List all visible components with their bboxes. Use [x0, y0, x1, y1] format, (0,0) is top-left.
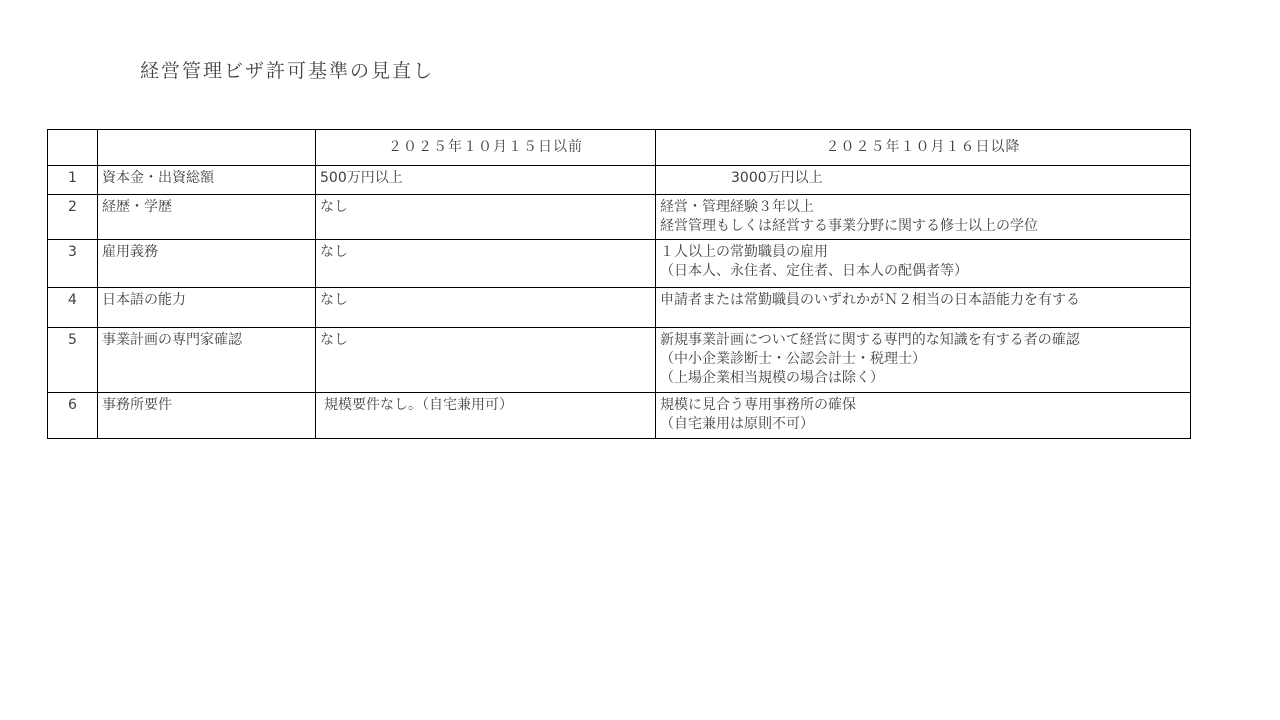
row-before-value: なし [316, 195, 656, 240]
slide: 経営管理ビザ許可基準の見直し ２０２５年１０月１５日以前 ２０２５年１０月１６日… [0, 0, 1280, 720]
row-before-value: なし [316, 288, 656, 328]
row-before-value: なし [316, 328, 656, 393]
row-after-value: 3000万円以上 [656, 166, 1191, 195]
row-after-value: １人以上の常勤職員の雇用 （日本人、永住者、定住者、日本人の配偶者等） [656, 240, 1191, 288]
row-item: 資本金・出資総額 [98, 166, 316, 195]
table-row: 5 事業計画の専門家確認 なし 新規事業計画について経営に関する専門的な知識を有… [48, 328, 1191, 393]
row-after-value: 経営・管理経験３年以上 経営管理もしくは経営する事業分野に関する修士以上の学位 [656, 195, 1191, 240]
row-number: 4 [48, 288, 98, 328]
row-item: 事業計画の専門家確認 [98, 328, 316, 393]
table-row: 4 日本語の能力 なし 申請者または常勤職員のいずれかがＮ２相当の日本語能力を有… [48, 288, 1191, 328]
row-after-value: 新規事業計画について経営に関する専門的な知識を有する者の確認 （中小企業診断士・… [656, 328, 1191, 393]
row-before-value: 500万円以上 [316, 166, 656, 195]
row-item: 雇用義務 [98, 240, 316, 288]
table-row: 2 経歴・学歴 なし 経営・管理経験３年以上 経営管理もしくは経営する事業分野に… [48, 195, 1191, 240]
table-row: 3 雇用義務 なし １人以上の常勤職員の雇用 （日本人、永住者、定住者、日本人の… [48, 240, 1191, 288]
row-item: 経歴・学歴 [98, 195, 316, 240]
row-number: 6 [48, 393, 98, 439]
row-item: 日本語の能力 [98, 288, 316, 328]
table-header-row: ２０２５年１０月１５日以前 ２０２５年１０月１６日以降 [48, 130, 1191, 166]
row-after-value: 申請者または常勤職員のいずれかがＮ２相当の日本語能力を有する [656, 288, 1191, 328]
table-row: 1 資本金・出資総額 500万円以上 3000万円以上 [48, 166, 1191, 195]
row-number: 3 [48, 240, 98, 288]
header-item [98, 130, 316, 166]
row-number: 2 [48, 195, 98, 240]
header-before-period: ２０２５年１０月１５日以前 [316, 130, 656, 166]
row-before-value: 規模要件なし。（自宅兼用可） [316, 393, 656, 439]
row-before-value: なし [316, 240, 656, 288]
header-after-period: ２０２５年１０月１６日以降 [656, 130, 1191, 166]
row-number: 5 [48, 328, 98, 393]
header-no [48, 130, 98, 166]
criteria-table: ２０２５年１０月１５日以前 ２０２５年１０月１６日以降 1 資本金・出資総額 5… [47, 129, 1191, 439]
row-after-value: 規模に見合う専用事務所の確保 （自宅兼用は原則不可） [656, 393, 1191, 439]
row-number: 1 [48, 166, 98, 195]
table-row: 6 事務所要件 規模要件なし。（自宅兼用可） 規模に見合う専用事務所の確保 （自… [48, 393, 1191, 439]
page-title: 経営管理ビザ許可基準の見直し [140, 56, 434, 83]
row-item: 事務所要件 [98, 393, 316, 439]
